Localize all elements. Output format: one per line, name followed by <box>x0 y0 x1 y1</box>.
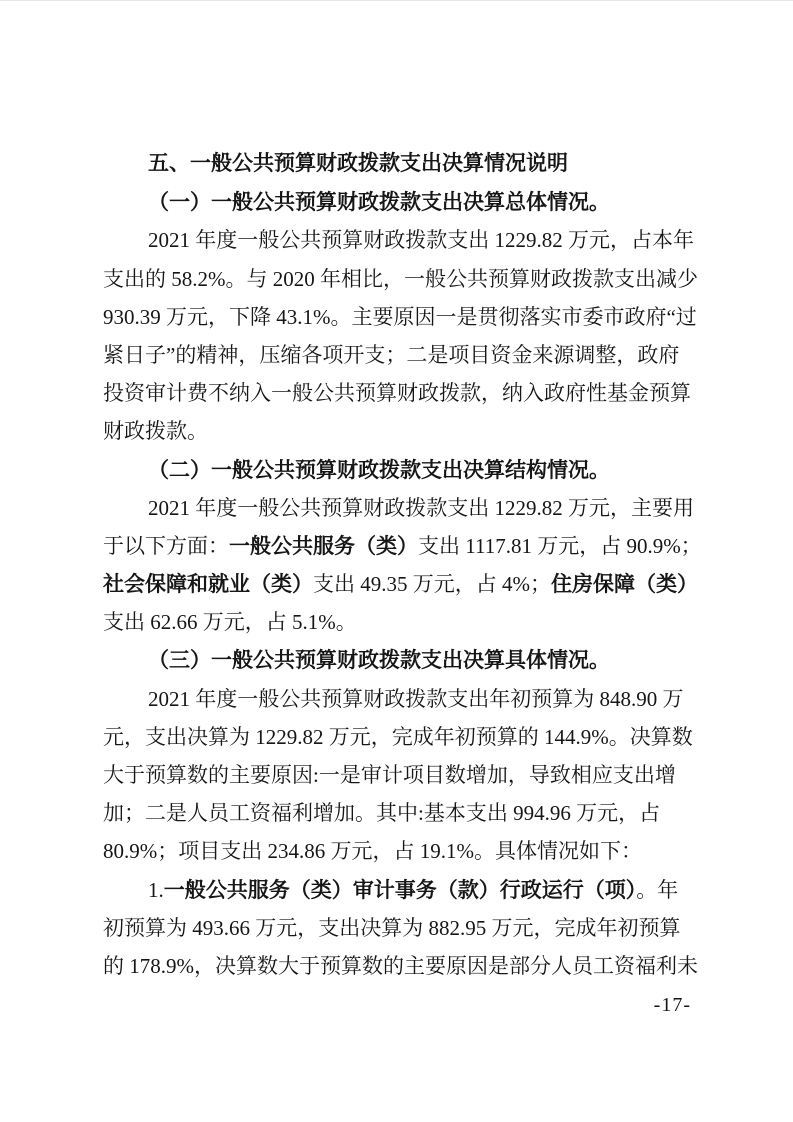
paragraph-line: 930.39 万元，下降 43.1%。主要原因一是贯彻落实市委市政府“过 <box>103 298 703 336</box>
paragraph-line: 1.一般公共服务（类）审计事务（款）行政运行（项）。年 <box>103 871 703 909</box>
text-run: 1. <box>148 878 164 902</box>
text-run: 初预算为 493.66 万元，支出决算为 882.95 万元，完成年初预算 <box>103 916 681 940</box>
bold-text-run: （三）一般公共预算财政拨款支出决算具体情况。 <box>148 648 610 672</box>
text-run: 930.39 万元，下降 43.1%。主要原因一是贯彻落实市委市政府“过 <box>103 305 697 329</box>
text-run: 的 178.9%，决算数大于预算数的主要原因是部分人员工资福利未 <box>103 954 698 978</box>
text-run: 2021 年度一般公共预算财政拨款支出 1229.82 万元，主要用 <box>148 496 694 520</box>
text-run: 元，支出决算为 1229.82 万元，完成年初预算的 144.9%。决算数 <box>103 725 693 749</box>
paragraph-line: 投资审计费不纳入一般公共预算财政拨款，纳入政府性基金预算 <box>103 374 703 412</box>
text-run: 支出的 58.2%。与 2020 年相比，一般公共预算财政拨款支出减少 <box>103 267 698 291</box>
paragraph-line: 财政拨款。 <box>103 412 703 450</box>
text-run: 2021 年度一般公共预算财政拨款支出 1229.82 万元，占本年 <box>148 228 694 252</box>
text-run: 支出 1117.81 万元，占 90.9%； <box>418 534 702 558</box>
paragraph-line: 于以下方面：一般公共服务（类）支出 1117.81 万元，占 90.9%； <box>103 527 703 565</box>
paragraph-line: 元，支出决算为 1229.82 万元，完成年初预算的 144.9%。决算数 <box>103 718 703 756</box>
paragraph-line: 80.9%；项目支出 234.86 万元，占 19.1%。具体情况如下： <box>103 832 703 870</box>
paragraph-line: 大于预算数的主要原因:一是审计项目数增加，导致相应支出增 <box>103 756 703 794</box>
text-run: 投资审计费不纳入一般公共预算财政拨款，纳入政府性基金预算 <box>103 381 691 405</box>
bold-text-run: 五、一般公共预算财政拨款支出决算情况说明 <box>148 152 568 175</box>
paragraph-line: 2021 年度一般公共预算财政拨款支出 1229.82 万元，主要用 <box>103 489 703 527</box>
paragraph-line: 2021 年度一般公共预算财政拨款支出年初预算为 848.90 万 <box>103 680 703 718</box>
text-run: 2021 年度一般公共预算财政拨款支出年初预算为 848.90 万 <box>148 687 684 711</box>
paragraph-line: 紧日子”的精神，压缩各项开支；二是项目资金来源调整，政府 <box>103 336 703 374</box>
paragraph-line: 加；二是人员工资福利增加。其中:基本支出 994.96 万元，占 <box>103 794 703 832</box>
text-run: 财政拨款。 <box>103 419 208 443</box>
text-run: 。年 <box>636 878 678 902</box>
paragraph-line: 初预算为 493.66 万元，支出决算为 882.95 万元，完成年初预算 <box>103 909 703 947</box>
bold-text-run: 社会保障和就业（类） <box>103 572 313 596</box>
bold-text-run: （二）一般公共预算财政拨款支出决算结构情况。 <box>148 458 610 482</box>
page-number: -17- <box>654 994 691 1017</box>
text-run: 80.9%；项目支出 234.86 万元，占 19.1%。具体情况如下： <box>103 839 642 863</box>
bold-text-run: 一般公共服务（类） <box>229 534 418 558</box>
paragraph-line: 支出的 58.2%。与 2020 年相比，一般公共预算财政拨款支出减少 <box>103 260 703 298</box>
text-run: 支出 62.66 万元，占 5.1%。 <box>103 610 357 634</box>
text-run: 支出 49.35 万元，占 4%； <box>313 572 551 596</box>
text-run: 大于预算数的主要原因:一是审计项目数增加，导致相应支出增 <box>103 763 676 787</box>
heading-line: （二）一般公共预算财政拨款支出决算结构情况。 <box>103 451 703 489</box>
text-run: 于以下方面： <box>103 534 229 558</box>
text-run: 紧日子”的精神，压缩各项开支；二是项目资金来源调整，政府 <box>103 343 679 367</box>
paragraph-line: 的 178.9%，决算数大于预算数的主要原因是部分人员工资福利未 <box>103 947 703 985</box>
heading-line: （一）一般公共预算财政拨款支出决算总体情况。 <box>103 183 703 221</box>
document-body: 五、一般公共预算财政拨款支出决算情况说明（一）一般公共预算财政拨款支出决算总体情… <box>103 145 703 985</box>
text-run: 加；二是人员工资福利增加。其中:基本支出 994.96 万元，占 <box>103 801 660 825</box>
paragraph-line: 2021 年度一般公共预算财政拨款支出 1229.82 万元，占本年 <box>103 221 703 259</box>
bold-text-run: （一）一般公共预算财政拨款支出决算总体情况。 <box>148 190 610 214</box>
heading-line: （三）一般公共预算财政拨款支出决算具体情况。 <box>103 641 703 679</box>
document-page: 五、一般公共预算财政拨款支出决算情况说明（一）一般公共预算财政拨款支出决算总体情… <box>0 0 793 1122</box>
heading-line: 五、一般公共预算财政拨款支出决算情况说明 <box>103 145 703 183</box>
paragraph-line: 支出 62.66 万元，占 5.1%。 <box>103 603 703 641</box>
paragraph-line: 社会保障和就业（类）支出 49.35 万元，占 4%；住房保障（类） <box>103 565 703 603</box>
bold-text-run: 住房保障（类） <box>551 572 698 596</box>
bold-text-run: 一般公共服务（类）审计事务（款）行政运行（项） <box>164 878 637 902</box>
